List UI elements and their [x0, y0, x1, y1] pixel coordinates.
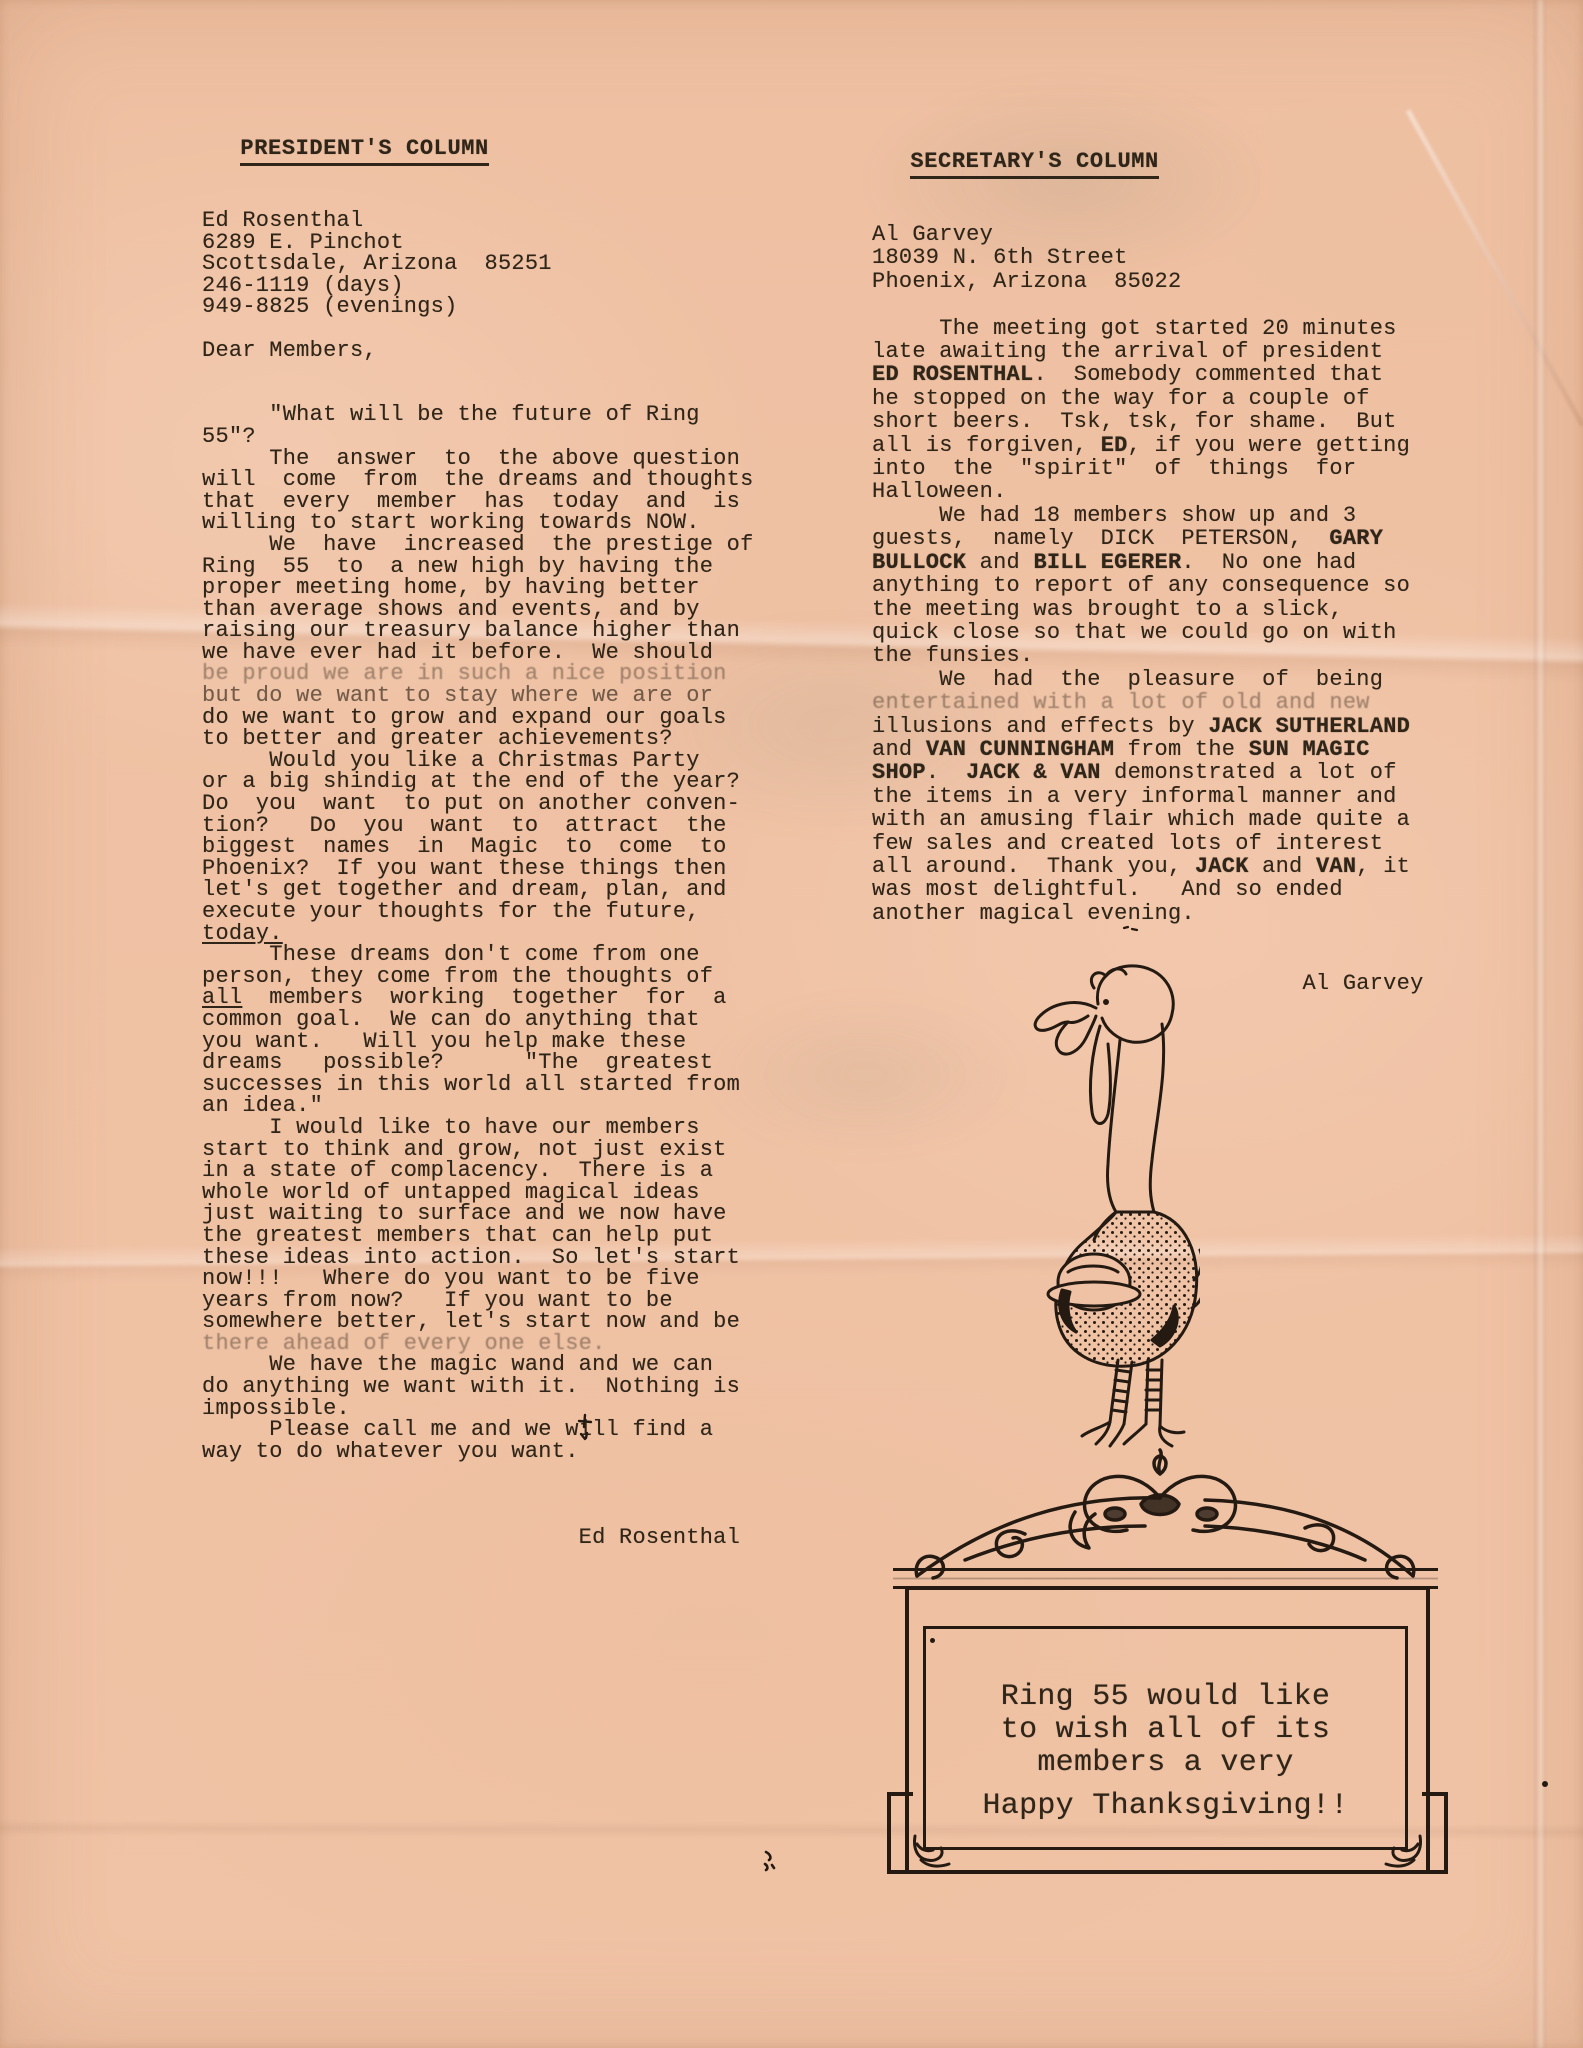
greeting-line: to wish all of its — [926, 1714, 1405, 1747]
ornate-crest — [905, 1448, 1425, 1583]
corner-scroll-ornament — [911, 1834, 953, 1868]
thanksgiving-box: Ring 55 would like to wish all of its me… — [893, 1440, 1438, 1885]
secretarys-column-title: SECRETARY'S COLUMN — [910, 151, 1158, 179]
box-outer-frame: Ring 55 would like to wish all of its me… — [905, 1586, 1430, 1874]
secretarys-column: SECRETARY'S COLUMN Al Garvey 18039 N. 6t… — [872, 133, 1457, 1031]
presidents-column: PRESIDENT'S COLUMN Ed Rosenthal 6289 E. … — [202, 120, 787, 1585]
paper-edge-seam — [1534, 0, 1546, 2048]
ink-speck — [930, 1638, 935, 1643]
greeting-highlight-line: Happy Thanksgiving!! — [926, 1790, 1405, 1823]
ink-speck — [574, 1412, 596, 1442]
greeting-line: Ring 55 would like — [926, 1681, 1405, 1714]
presidents-column-title: PRESIDENT'S COLUMN — [240, 138, 488, 166]
ink-speck — [762, 1850, 778, 1872]
corner-scroll-ornament — [1382, 1834, 1424, 1868]
greeting-line: members a very — [926, 1747, 1405, 1780]
ink-speck — [1542, 1781, 1548, 1787]
box-right-plinth — [1422, 1792, 1448, 1874]
ink-speck — [1122, 923, 1140, 933]
box-inner-frame: Ring 55 would like to wish all of its me… — [923, 1626, 1408, 1850]
secretarys-column-text: Al Garvey 18039 N. 6th Street Phoenix, A… — [872, 223, 1457, 995]
newsletter-page: PRESIDENT'S COLUMN Ed Rosenthal 6289 E. … — [0, 0, 1583, 2048]
box-left-plinth — [887, 1792, 913, 1874]
presidents-column-text: Ed Rosenthal 6289 E. Pinchot Scottsdale,… — [202, 210, 787, 1549]
turkey-illustration — [1002, 960, 1200, 1452]
greeting-text: Ring 55 would like to wish all of its me… — [926, 1629, 1405, 1823]
